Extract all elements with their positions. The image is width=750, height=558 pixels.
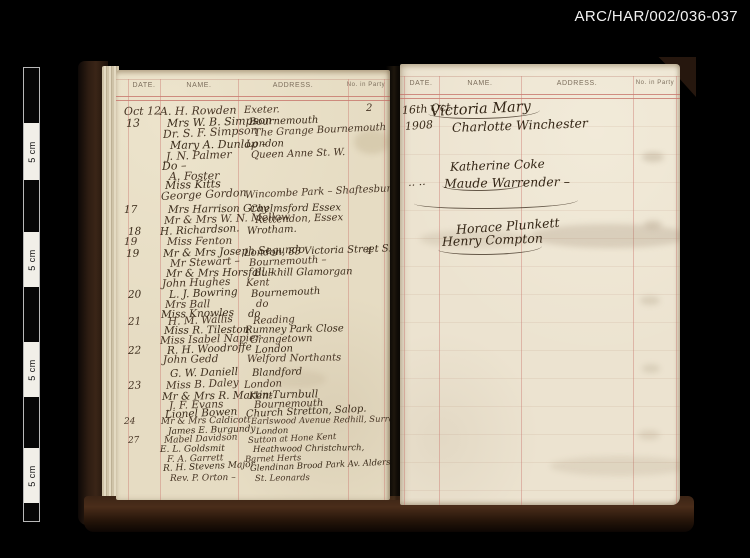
- entry-date: 20: [128, 288, 142, 301]
- entry-name: Katherine Coke: [450, 157, 545, 174]
- column-rule: [521, 76, 522, 505]
- entry-address: St. Leonards: [255, 473, 310, 484]
- scale-segment: 5 cm: [24, 342, 39, 397]
- signature-flourish: [414, 200, 578, 209]
- scale-segment: 5 cm: [24, 123, 39, 180]
- column-rule: [160, 79, 161, 500]
- header-rule: [400, 98, 680, 99]
- entry-date: 19: [126, 248, 140, 260]
- entry-address: Bournemouth: [251, 286, 321, 300]
- entry-address: Earlswood Avenue Redhill, Surrey: [251, 414, 390, 427]
- ledger-line: [400, 378, 680, 379]
- entry-party: 2: [366, 103, 372, 114]
- entry-address: Welford Northants: [247, 352, 341, 365]
- column-header-date: DATE.: [409, 80, 432, 87]
- header-top-rule: [400, 76, 680, 77]
- scale-segment: [24, 397, 39, 448]
- pencil-mark: [642, 152, 664, 162]
- column-rule: [633, 76, 634, 505]
- pencil-mark: [638, 430, 660, 440]
- entry-name: Rev. P. Orton –: [170, 473, 236, 484]
- entry-address: Blandford: [252, 366, 303, 379]
- entry-date: 17: [124, 204, 138, 216]
- erased-writing-smudge: [550, 456, 680, 476]
- entry-address: Queen Anne St. W.: [251, 147, 346, 161]
- column-header-party: No. in Party: [636, 80, 675, 86]
- scale-bar: 5 cm5 cm5 cm5 cm: [23, 67, 40, 522]
- scale-label: 5 cm: [27, 465, 37, 487]
- entry-date: 24: [124, 417, 136, 427]
- entry-name: George Gordon: [161, 186, 247, 203]
- scale-label: 5 cm: [27, 249, 37, 271]
- column-header-name: NAME.: [186, 82, 211, 89]
- pencil-mark: [642, 364, 660, 373]
- ledger-line: [400, 490, 680, 491]
- scale-segment: 5 cm: [24, 448, 39, 503]
- column-header-party: No. in Party: [347, 82, 386, 88]
- scale-segment: [24, 180, 39, 232]
- pencil-mark: [644, 220, 662, 229]
- entry-date: .. ..: [408, 175, 426, 189]
- column-header-name: NAME.: [467, 80, 492, 87]
- scale-segment: 5 cm: [24, 232, 39, 287]
- entry-address: Wincombe Park – Shaftesbury: [245, 183, 390, 201]
- entry-date: 13: [126, 117, 140, 130]
- scale-segment: [24, 503, 39, 521]
- archive-reference: ARC/HAR/002/036-037: [574, 8, 738, 25]
- photo-background: ARC/HAR/002/036-037 5 cm5 cm5 cm5 cm DAT…: [0, 0, 750, 558]
- right-page: DATE. NAME. ADDRESS. No. in Party 16th O…: [400, 64, 680, 505]
- header-rule: [400, 94, 680, 95]
- entry-date: 1908: [405, 118, 434, 133]
- ledger-line: [400, 210, 680, 211]
- ledger-line: [400, 406, 680, 407]
- ledger-line: [400, 322, 680, 323]
- entry-date: 23: [128, 379, 142, 392]
- ledger-line: [400, 154, 680, 155]
- scale-segment: [24, 68, 39, 123]
- column-header-address: ADDRESS.: [273, 82, 314, 89]
- entry-date: 27: [128, 435, 140, 446]
- column-rule: [439, 76, 440, 505]
- entry-date: 19: [124, 236, 138, 248]
- column-rule: [404, 76, 405, 505]
- entry-address: Rettendon, Essex: [255, 212, 343, 226]
- column-header-address: ADDRESS.: [557, 80, 598, 87]
- ledger-line: [400, 350, 680, 351]
- column-header-date: DATE.: [132, 82, 155, 89]
- scale-label: 5 cm: [27, 359, 37, 381]
- ledger-line: [400, 294, 680, 295]
- entry-address: Wrotham.: [247, 224, 297, 237]
- entry-name: Maude Warrender –: [444, 174, 570, 191]
- column-rule: [348, 79, 349, 500]
- ledger-line: [400, 266, 680, 267]
- scale-segment: [24, 287, 39, 342]
- entry-name: John Gedd: [163, 353, 219, 366]
- column-rule: [676, 76, 677, 505]
- left-page: DATE. NAME. ADDRESS. No. in Party Oct 12…: [116, 70, 390, 500]
- entry-party: 4: [366, 246, 372, 257]
- entry-date: 21: [128, 315, 142, 328]
- pencil-mark: [640, 296, 660, 305]
- scale-label: 5 cm: [27, 141, 37, 163]
- entry-date: 22: [128, 344, 142, 357]
- entry-address: Kent: [246, 277, 270, 289]
